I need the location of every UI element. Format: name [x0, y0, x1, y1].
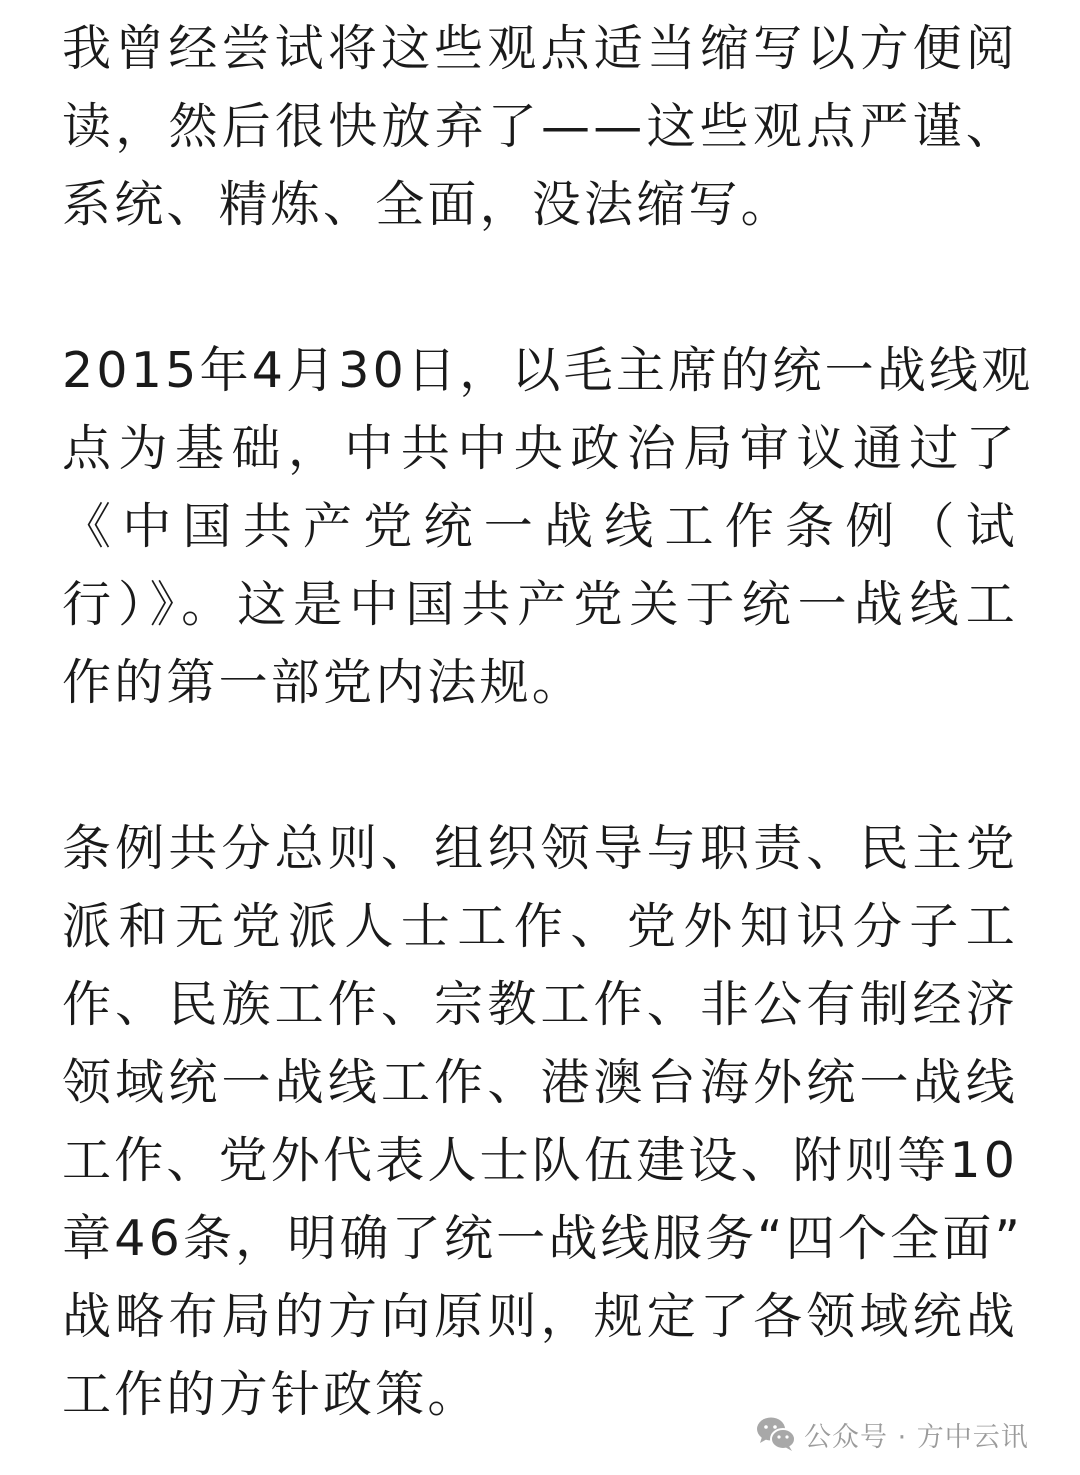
- text-line: 战略布局的方向原则，规定了各领域统战: [62, 1278, 1018, 1356]
- wechat-icon: [756, 1416, 796, 1452]
- text-line: 2015年4月30日，以毛主席的统一战线观: [62, 332, 1018, 410]
- paragraph-spacer: [62, 722, 1022, 810]
- text-line: 点为基础，中共中央政治局审议通过了: [62, 410, 1018, 488]
- text-line: 作的第一部党内法规。: [62, 644, 1022, 722]
- text-line: 条例共分总则、组织领导与职责、民主党: [62, 810, 1018, 888]
- text-line: 读，然后很快放弃了——这些观点严谨、: [62, 88, 1018, 166]
- text-line: 工作、党外代表人士队伍建设、附则等10: [62, 1122, 1018, 1200]
- watermark-text: 公众号 · 方中云讯: [804, 1415, 1029, 1454]
- paragraph-spacer: [62, 244, 1022, 332]
- paragraph-1: 我曾经尝试将这些观点适当缩写以方便阅 读，然后很快放弃了——这些观点严谨、 系统…: [62, 10, 1022, 244]
- text-line: 章46条，明确了统一战线服务“四个全面”: [62, 1200, 1018, 1278]
- text-line: 派和无党派人士工作、党外知识分子工: [62, 888, 1018, 966]
- text-line: 我曾经尝试将这些观点适当缩写以方便阅: [62, 10, 1018, 88]
- watermark: 公众号 · 方中云讯: [756, 1414, 1029, 1454]
- text-line: 作、民族工作、宗教工作、非公有制经济: [62, 966, 1018, 1044]
- text-line: 《中国共产党统一战线工作条例（试: [62, 488, 1018, 566]
- text-line: 行）》。这是中国共产党关于统一战线工: [62, 566, 1018, 644]
- article-body: 我曾经尝试将这些观点适当缩写以方便阅 读，然后很快放弃了——这些观点严谨、 系统…: [62, 10, 1022, 1434]
- paragraph-2: 2015年4月30日，以毛主席的统一战线观 点为基础，中共中央政治局审议通过了 …: [62, 332, 1022, 722]
- text-line: 领域统一战线工作、港澳台海外统一战线: [62, 1044, 1018, 1122]
- text-line: 系统、精炼、全面，没法缩写。: [62, 166, 1022, 244]
- paragraph-3: 条例共分总则、组织领导与职责、民主党 派和无党派人士工作、党外知识分子工 作、民…: [62, 810, 1022, 1434]
